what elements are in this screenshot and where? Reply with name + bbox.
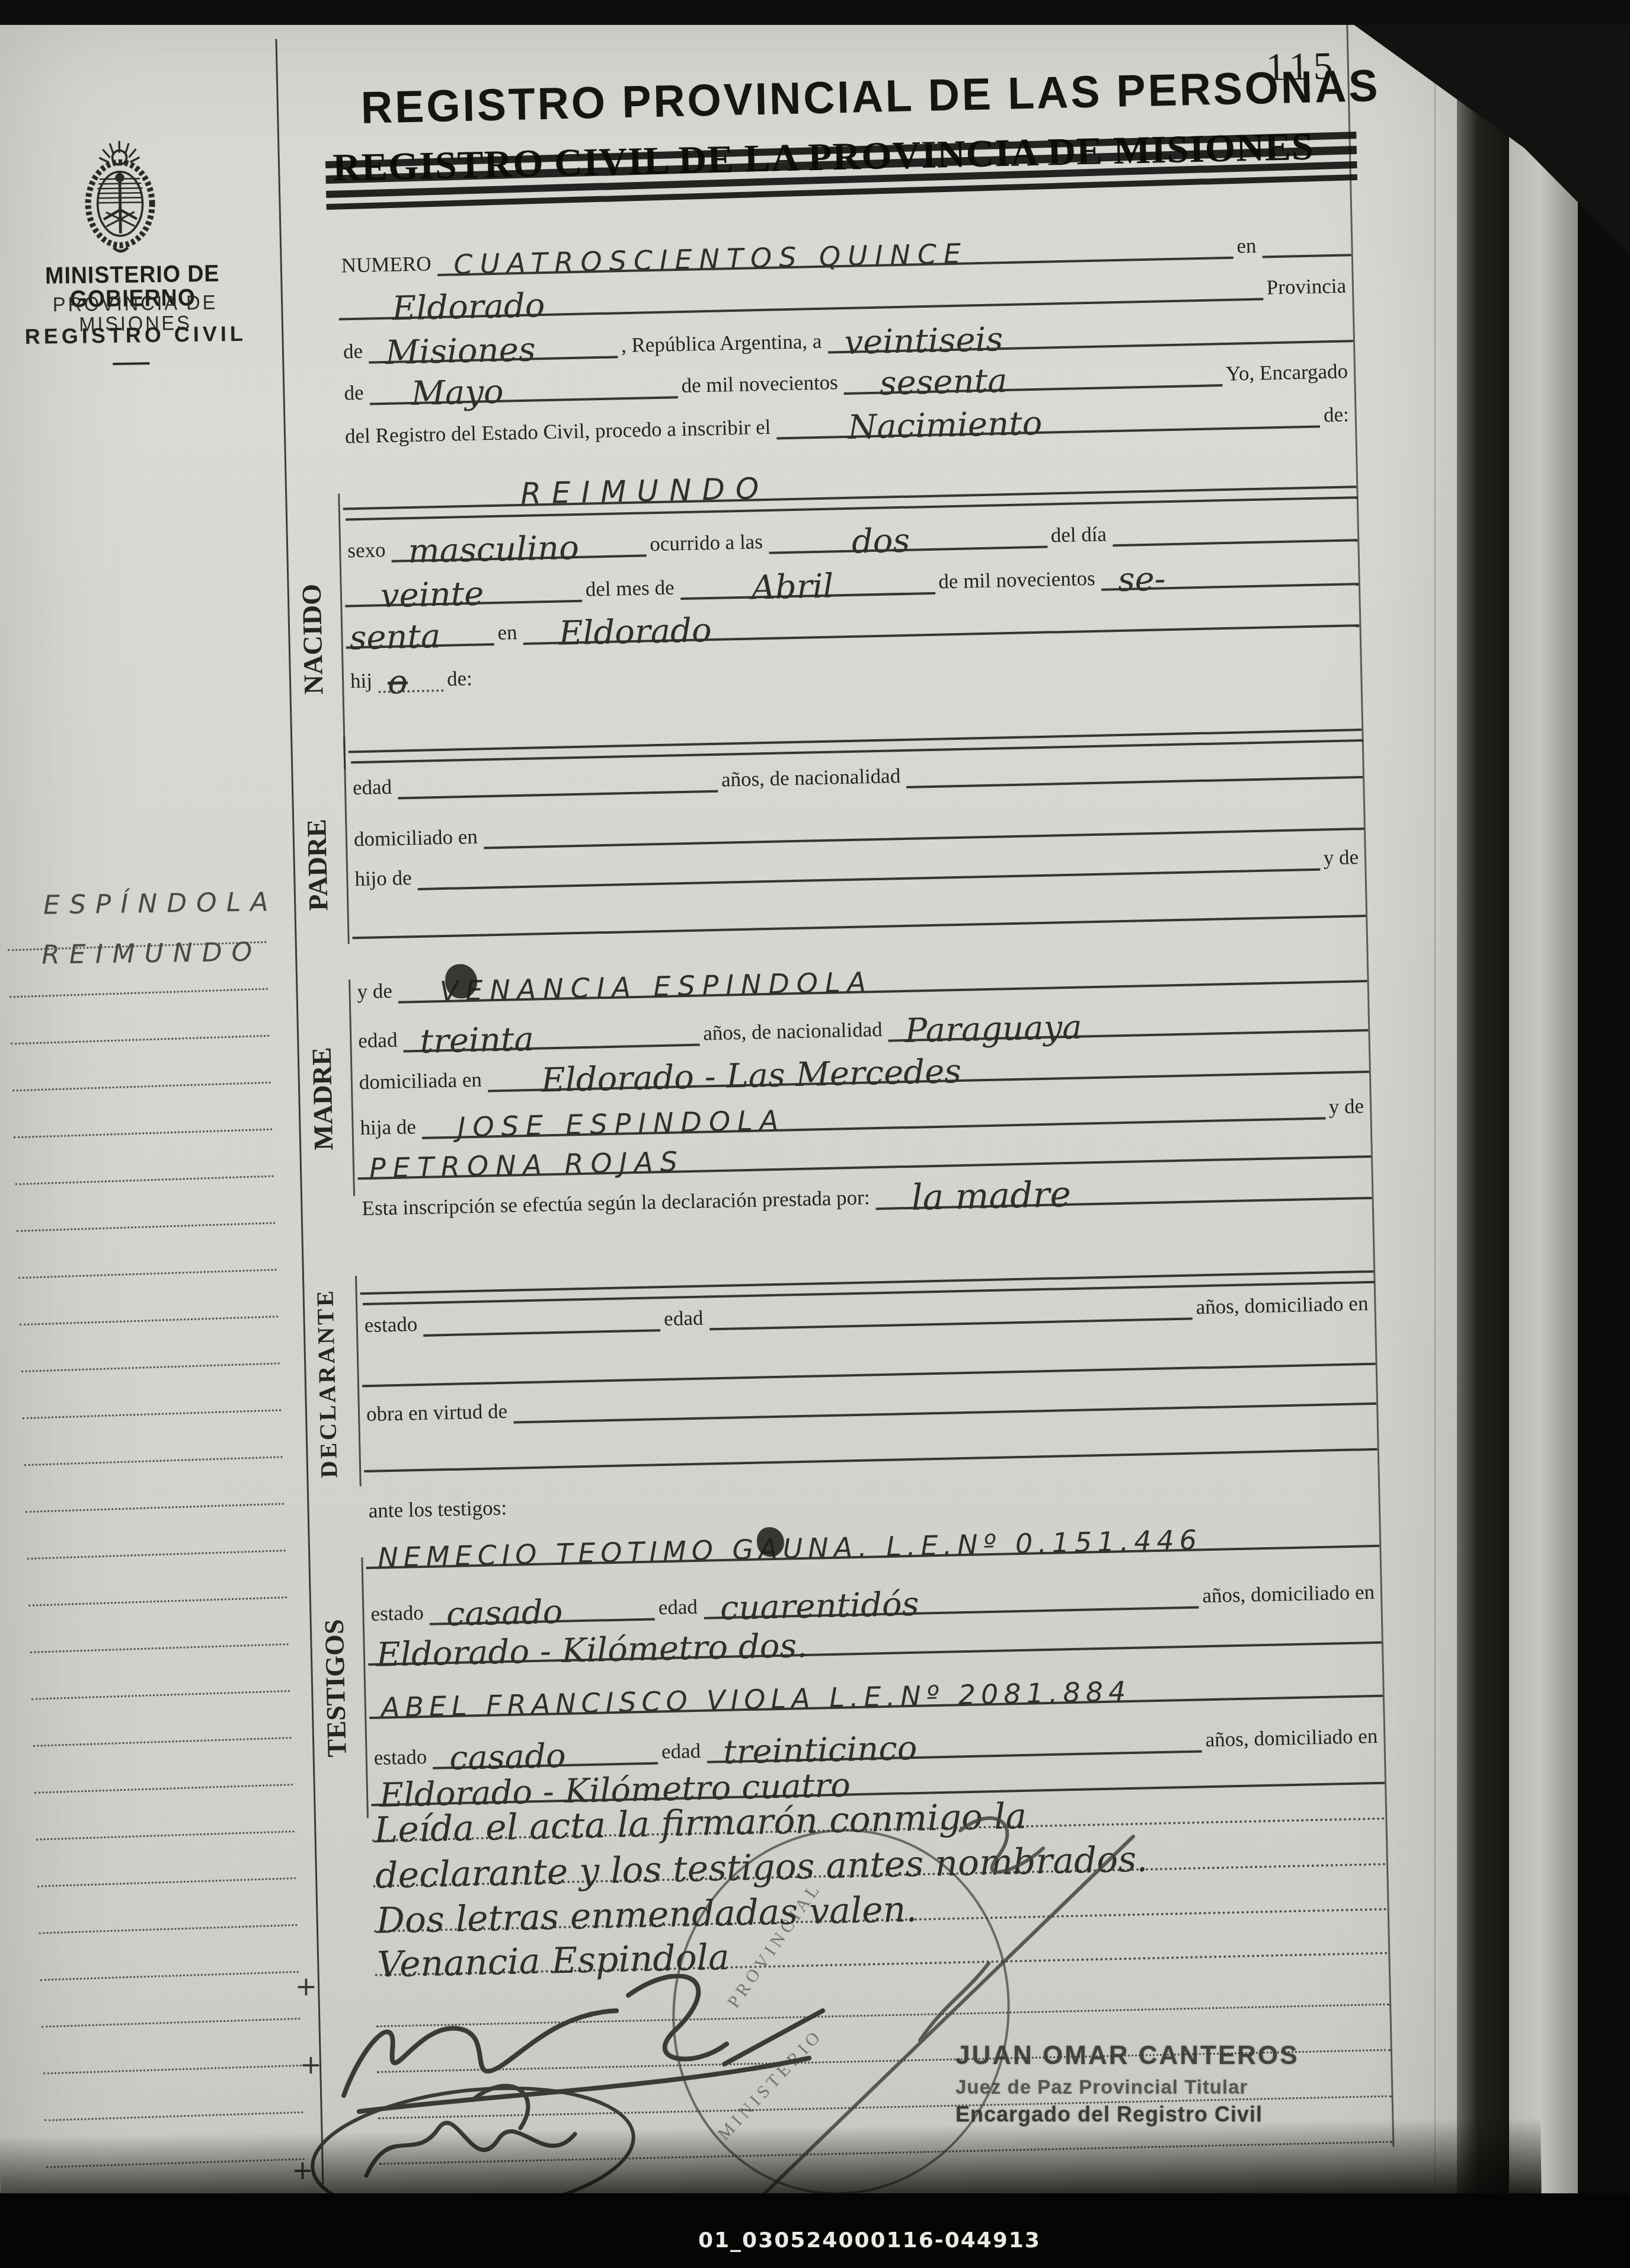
margin-ruled-line bbox=[12, 1082, 271, 1092]
section-label-testigos: TESTIGOS bbox=[319, 1570, 352, 1807]
paper-crease bbox=[1434, 36, 1436, 2181]
margin-ruled-line bbox=[31, 1690, 290, 1700]
next-page-edge bbox=[1509, 0, 1578, 2268]
struck-title: REGISTRO CIVIL DE LA PROVINCIA DE MISION… bbox=[332, 122, 1353, 206]
gender-line: o bbox=[378, 640, 444, 693]
margin-ruled-line bbox=[30, 1643, 289, 1653]
de-label: de: bbox=[1320, 404, 1356, 427]
sidebar: MINISTERIO DE GOBIERNO PROVINCIA DE MISI… bbox=[0, 0, 299, 2268]
margin-ruled-line bbox=[41, 2018, 300, 2028]
blank-line bbox=[397, 740, 718, 800]
margin-ruled-line bbox=[15, 1175, 274, 1186]
margin-ruled-line bbox=[20, 1315, 278, 1325]
blank-line bbox=[423, 1279, 661, 1337]
declaration-value: la madre bbox=[875, 1178, 1071, 1215]
hij-label: hij bbox=[347, 670, 379, 694]
section-label-nacido: NACIDO bbox=[296, 515, 329, 764]
margin-ruled-line bbox=[33, 1737, 292, 1747]
margin-ruled-line bbox=[18, 1269, 277, 1279]
official-name: JUAN OMAR CANTEROS bbox=[955, 2043, 1299, 2069]
margin-ruled-line bbox=[23, 1409, 281, 1419]
scanned-birth-record: MINISTERIO DE GOBIERNO PROVINCIA DE MISI… bbox=[0, 0, 1630, 2268]
register-page: MINISTERIO DE GOBIERNO PROVINCIA DE MISI… bbox=[0, 0, 1457, 2268]
margin-ruled-line bbox=[25, 1503, 284, 1513]
margin-ruled-line bbox=[34, 1784, 293, 1794]
official-stamp-block: JUAN OMAR CANTEROS Juez de Paz Provincia… bbox=[955, 2043, 1299, 2125]
top-dark-band bbox=[0, 0, 1630, 25]
margin-ruled-line bbox=[36, 1831, 295, 1841]
office-name: REGISTRO CIVIL bbox=[2, 322, 269, 347]
margin-ruled-line bbox=[9, 988, 268, 998]
margin-surname: ESPÍNDOLA bbox=[43, 889, 278, 919]
signature-cross-mark: + bbox=[300, 2052, 322, 2078]
ink-blob bbox=[756, 1527, 784, 1557]
sidebar-divider bbox=[113, 362, 149, 365]
margin-ruled-line bbox=[17, 1222, 275, 1232]
margin-ruled-line bbox=[14, 1129, 272, 1139]
margin-ruled-line bbox=[21, 1362, 280, 1372]
y-de-label: y de bbox=[353, 980, 398, 1004]
margin-ruled-line bbox=[39, 1924, 297, 1934]
section-label-padre: PADRE bbox=[302, 775, 334, 954]
argentina-coat-of-arms-icon bbox=[69, 138, 172, 258]
margin-ruled-line bbox=[40, 1971, 299, 1981]
gender-suffix-value: o bbox=[378, 667, 408, 698]
margin-ruled-line bbox=[43, 2065, 302, 2075]
edad-label: edad bbox=[349, 777, 398, 801]
declaration-line: la madre bbox=[875, 1147, 1372, 1210]
margin-ruled-line bbox=[24, 1456, 283, 1466]
margin-ruled-line bbox=[44, 2112, 303, 2122]
scan-reference-code: 01_030524000116-044913 bbox=[698, 2230, 1041, 2251]
page-title: REGISTRO PROVINCIAL DE LAS PERSONAS bbox=[360, 65, 1293, 130]
margin-ruled-line bbox=[28, 1596, 287, 1606]
margin-ruled-line bbox=[37, 1877, 296, 1887]
de-label: de: bbox=[443, 668, 479, 692]
margin-ruled-lines bbox=[8, 941, 306, 2229]
margin-ruled-line bbox=[27, 1550, 286, 1560]
event-value: Nacimiento bbox=[776, 408, 1043, 444]
inscribir-label: del Registro del Estado Civil, procedo a… bbox=[341, 417, 777, 449]
margin-ruled-line bbox=[11, 1035, 269, 1045]
event-line: Nacimiento bbox=[776, 376, 1321, 440]
section-label-declarante: DECLARANTE bbox=[313, 1273, 341, 1493]
declaration-label: Esta inscripción se efectúa según la dec… bbox=[358, 1187, 876, 1221]
official-title: Juez de Paz Provincial Titular bbox=[955, 2077, 1299, 2097]
section-label-madre: MADRE bbox=[307, 1001, 338, 1197]
signature-cross-mark: + bbox=[295, 1974, 317, 2000]
book-gutter-shadow bbox=[1457, 0, 1509, 2268]
background-void bbox=[1578, 0, 1630, 2268]
